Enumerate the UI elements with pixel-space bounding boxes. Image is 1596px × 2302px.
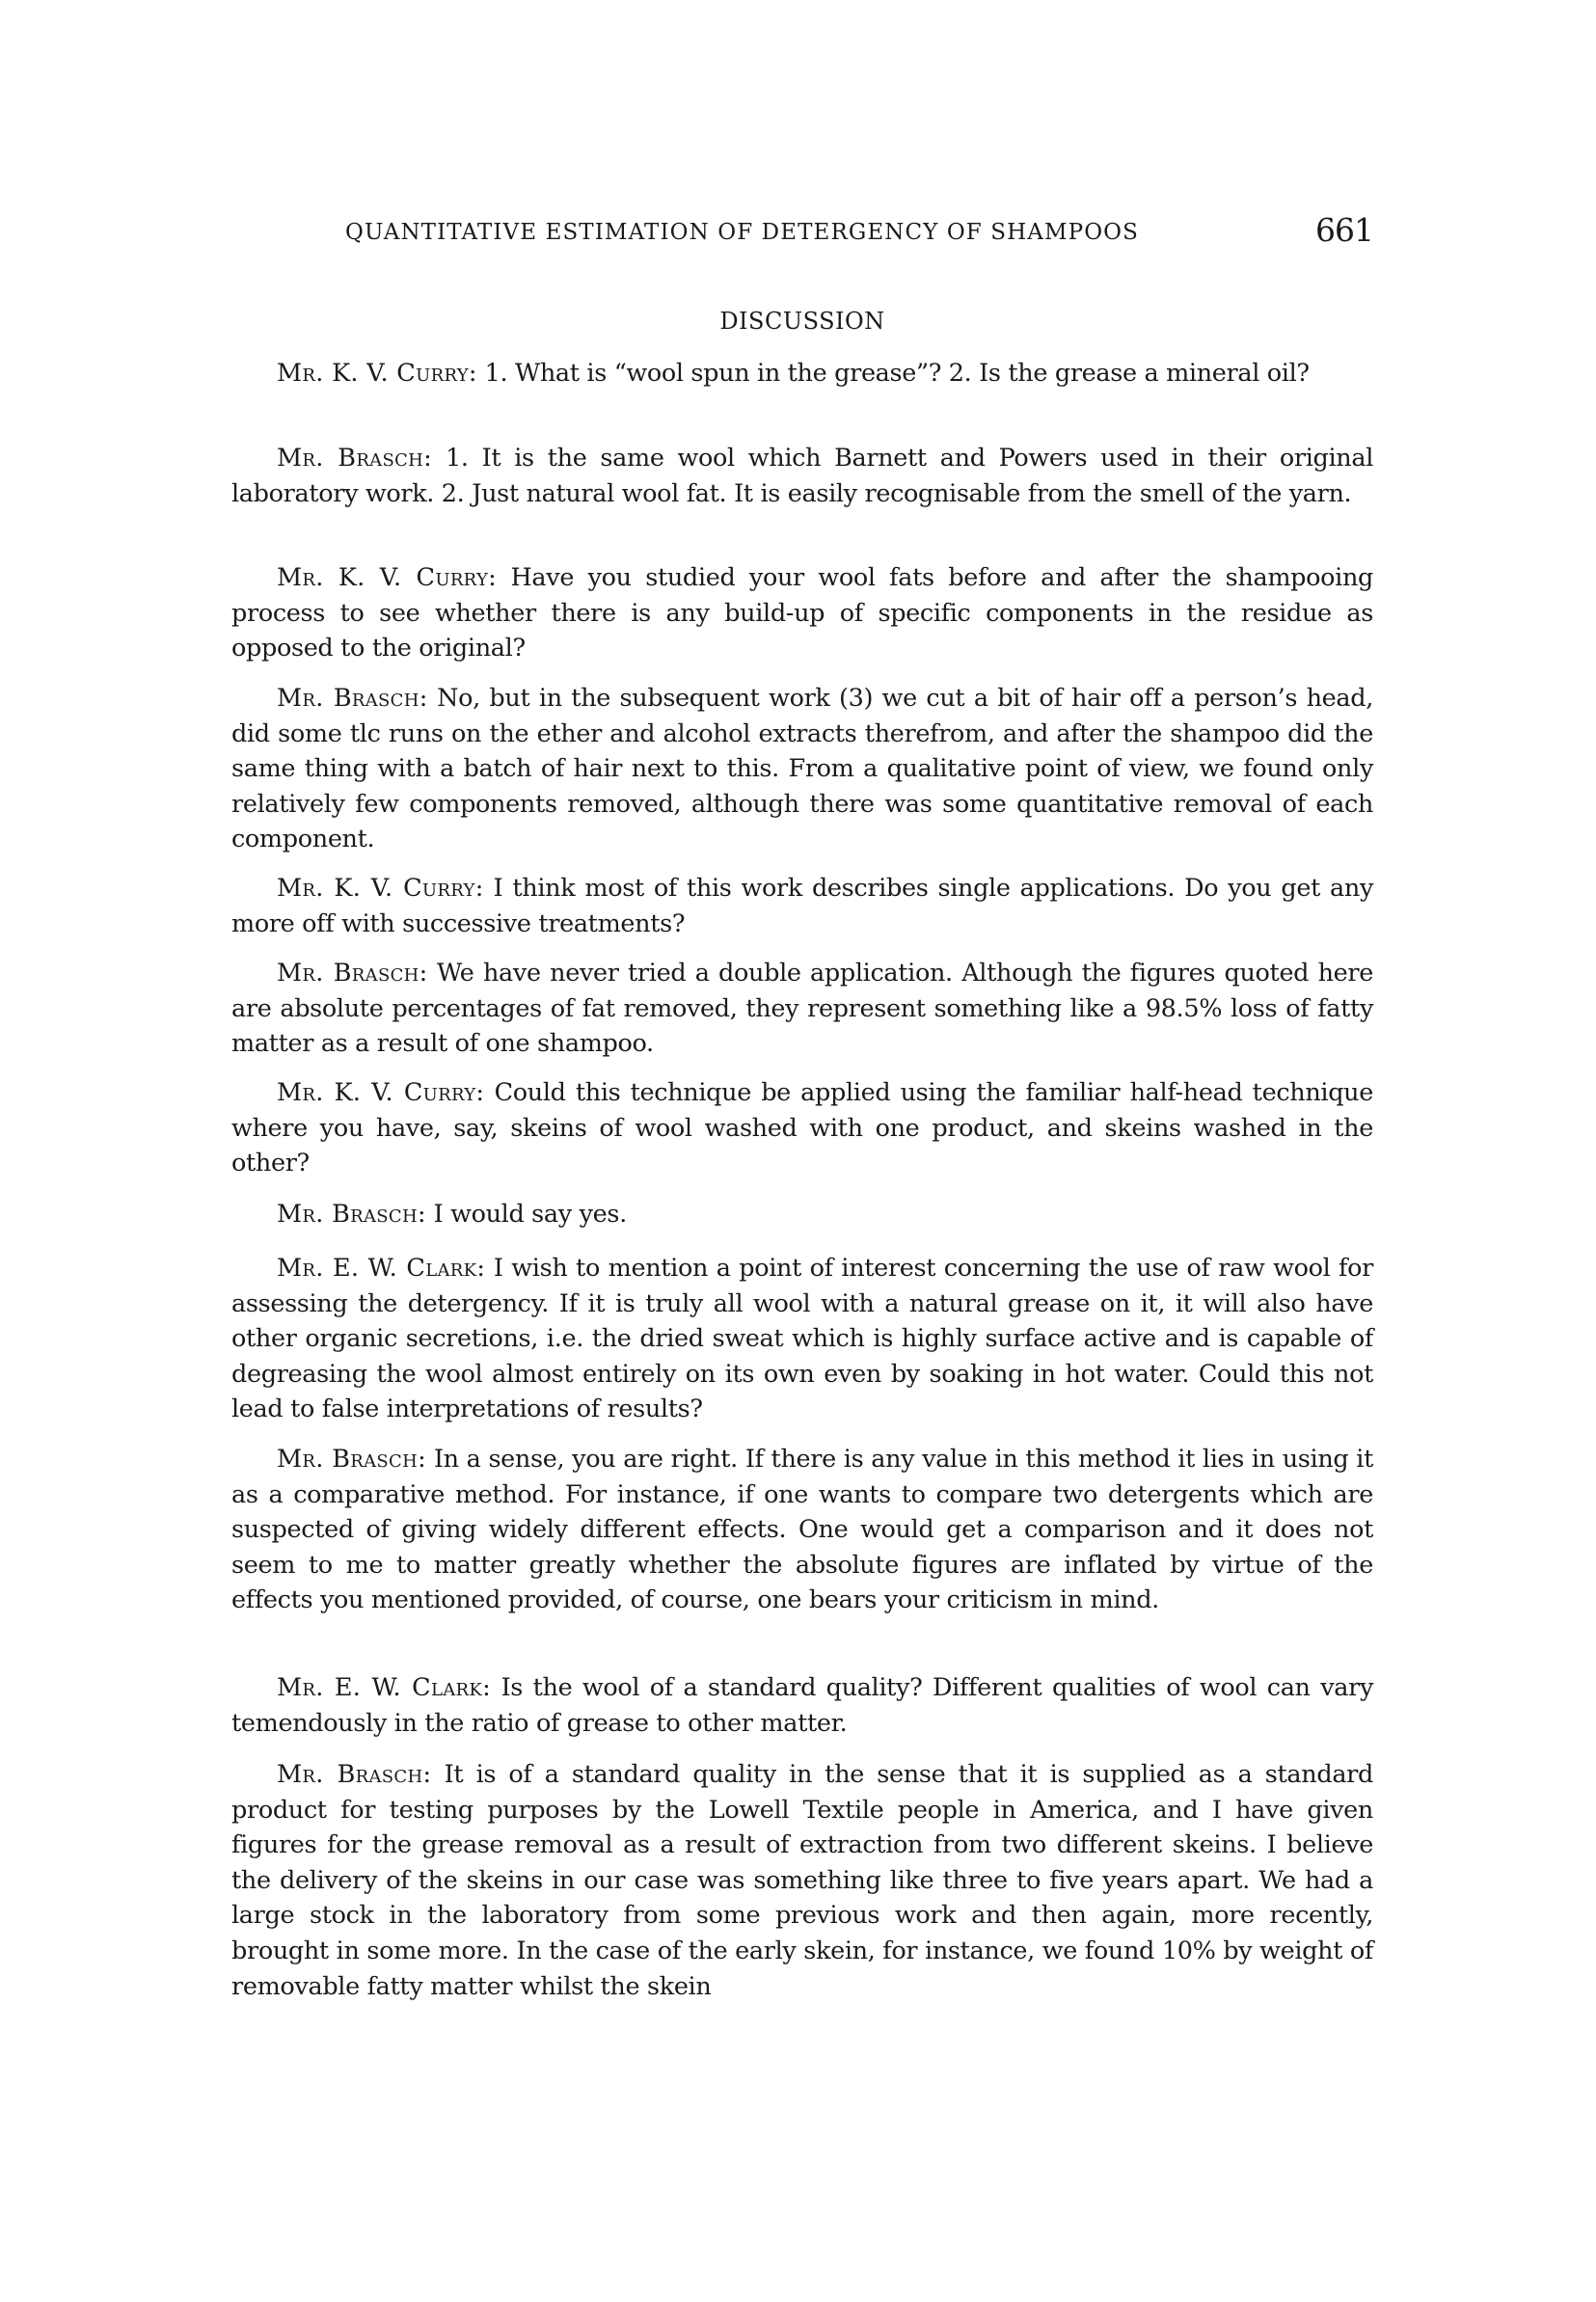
paragraph-text: 1. What is “wool spun in the grease”? 2.… bbox=[477, 359, 1310, 388]
running-header-title: QUANTITATIVE ESTIMATION OF DETERGENCY OF… bbox=[345, 218, 1225, 247]
speaker-name: Mr. Brasch: bbox=[277, 444, 432, 473]
speaker-name: Mr. Brasch: bbox=[277, 959, 428, 988]
discussion-paragraph-2: Mr. Brasch: 1. It is the same wool which… bbox=[231, 441, 1373, 511]
discussion-paragraph-1: Mr. K. V. Curry: 1. What is “wool spun i… bbox=[231, 356, 1373, 392]
speaker-name: Mr. E. W. Clark: bbox=[277, 1673, 491, 1702]
speaker-name: Mr. K. V. Curry: bbox=[277, 359, 477, 388]
discussion-paragraph-8: Mr. Brasch: I would say yes. bbox=[231, 1197, 1373, 1232]
discussion-paragraph-12: Mr. Brasch: It is of a standard quality … bbox=[231, 1757, 1373, 2004]
discussion-paragraph-3: Mr. K. V. Curry: Have you studied your w… bbox=[231, 560, 1373, 666]
speaker-name: Mr. Brasch: bbox=[277, 1200, 426, 1229]
speaker-name: Mr. Brasch: bbox=[277, 684, 428, 713]
speaker-name: Mr. E. W. Clark: bbox=[277, 1254, 485, 1283]
discussion-paragraph-10: Mr. Brasch: In a sense, you are right. I… bbox=[231, 1442, 1373, 1618]
speaker-name: Mr. K. V. Curry: bbox=[277, 1078, 484, 1107]
page-number: 661 bbox=[1315, 211, 1373, 250]
discussion-paragraph-5: Mr. K. V. Curry: I think most of this wo… bbox=[231, 871, 1373, 941]
speaker-name: Mr. K. V. Curry: bbox=[277, 874, 484, 903]
document-page: QUANTITATIVE ESTIMATION OF DETERGENCY OF… bbox=[0, 0, 1596, 2302]
discussion-paragraph-6: Mr. Brasch: We have never tried a double… bbox=[231, 956, 1373, 1062]
discussion-paragraph-7: Mr. K. V. Curry: Could this technique be… bbox=[231, 1075, 1373, 1181]
paragraph-text: I would say yes. bbox=[426, 1200, 627, 1229]
speaker-name: Mr. Brasch: bbox=[277, 1445, 426, 1474]
section-heading-discussion: DISCUSSION bbox=[231, 307, 1373, 336]
speaker-name: Mr. Brasch: bbox=[277, 1760, 431, 1789]
discussion-paragraph-4: Mr. Brasch: No, but in the subsequent wo… bbox=[231, 681, 1373, 857]
speaker-name: Mr. K. V. Curry: bbox=[277, 563, 497, 592]
discussion-paragraph-9: Mr. E. W. Clark: I wish to mention a poi… bbox=[231, 1251, 1373, 1427]
paragraph-text: It is of a standard quality in the sense… bbox=[231, 1760, 1373, 2001]
discussion-paragraph-11: Mr. E. W. Clark: Is the wool of a standa… bbox=[231, 1670, 1373, 1741]
